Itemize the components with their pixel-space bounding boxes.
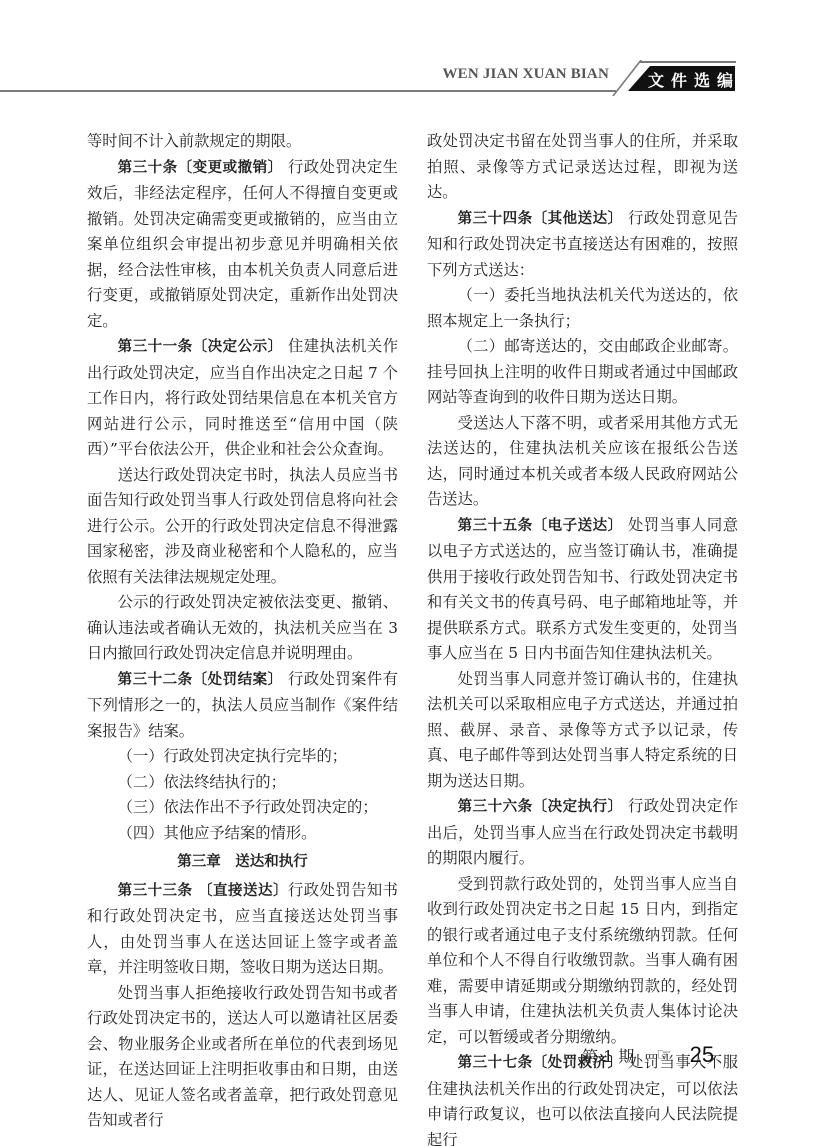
article-heading: 第三十五条〔电子送达〕 [458, 518, 623, 534]
article-heading: 第三十条〔变更或撤销〕 [118, 160, 283, 176]
article-heading: 第三十一条〔决定公示〕 [118, 339, 283, 355]
article-text: 行政处罚决定生效后，非经法定程序，任何人不得擅自变更或撤销。处罚决定确需变更或撤… [87, 158, 398, 330]
list-item: （三）依法作出不予行政处罚决定的； [87, 795, 398, 821]
right-column: 政处罚决定书留在处罚当事人的住所，并采取拍照、录像等方式记录送达过程，即视为送达… [427, 129, 738, 1146]
article-heading: 第三十六条〔决定执行〕 [458, 799, 623, 815]
issue-number: 第 1 期 [582, 1044, 634, 1067]
section-title-pinyin: WEN JIAN XUAN BIAN [442, 66, 609, 83]
header-rule [0, 90, 616, 92]
article-35: 第三十五条〔电子送达〕 处罚当事人同意以电子方式送达的，应当签订确认书，准确提供… [427, 513, 738, 667]
list-item: （一）委托当地执法机关代为送达的，依照本规定上一条执行； [427, 283, 738, 334]
list-item: （一）行政处罚决定执行完毕的； [87, 744, 398, 770]
paragraph: 送达行政处罚决定书时，执法人员应当书面告知行政处罚当事人行政处罚信息将向社会进行… [87, 463, 398, 591]
list-item: （四）其他应予结案的情形。 [87, 821, 398, 847]
article-34: 第三十四条〔其他送达〕 行政处罚意见告知和行政处罚决定书直接送达有困难的，按照下… [427, 206, 738, 284]
list-item: （二）依法终结执行的； [87, 770, 398, 796]
pointing-hand-icon: ☞ [656, 1045, 671, 1065]
section-title-chinese: 文件选编 [648, 68, 740, 91]
left-column: 等时间不计入前款规定的期限。 第三十条〔变更或撤销〕 行政处罚决定生效后，非经法… [87, 129, 398, 1134]
article-heading: 第三十三条 〔直接送达〕 [118, 883, 288, 899]
header-top-rule [640, 61, 736, 63]
chapter-heading: 第三章 送达和执行 [87, 850, 398, 876]
paragraph: 等时间不计入前款规定的期限。 [87, 129, 398, 155]
article-heading: 第三十二条〔处罚结案〕 [118, 672, 283, 688]
article-heading: 第三十四条〔其他送达〕 [458, 211, 623, 227]
paragraph: 政处罚决定书留在处罚当事人的住所，并采取拍照、录像等方式记录送达过程，即视为送达… [427, 129, 738, 206]
running-header: WEN JIAN XUAN BIAN 文件选编 [0, 56, 839, 96]
paragraph: 处罚当事人同意并签订确认书的，住建执法机关可以采取相应电子方式送达，并通过拍照、… [427, 667, 738, 795]
paragraph: 受到罚款行政处罚的，处罚当事人应当自收到行政处罚决定书之日起 15 日内，到指定… [427, 872, 738, 1051]
page-number: 25 [690, 1042, 714, 1068]
paragraph: 公示的行政处罚决定被依法变更、撤销、确认违法或者确认无效的，执法机关应当在 3 … [87, 590, 398, 667]
article-text: 处罚当事人同意以电子方式送达的，应当签订确认书，准确提供用于接收行政处罚告知书、… [427, 516, 738, 663]
article-33: 第三十三条 〔直接送达〕行政处罚告知书和行政处罚决定书，应当直接送达处罚当事人，… [87, 878, 398, 981]
article-36: 第三十六条〔决定执行〕 行政处罚决定作出后，处罚当事人应当在行政处罚决定书载明的… [427, 794, 738, 872]
list-item: （二）邮寄送达的，交由邮政企业邮寄。挂号回执上注明的收件日期或者通过中国邮政网站… [427, 334, 738, 411]
article-30: 第三十条〔变更或撤销〕 行政处罚决定生效后，非经法定程序，任何人不得擅自变更或撤… [87, 155, 398, 335]
article-text: 住建执法机关作出行政处罚决定，应当自作出决定之日起 7 个工作日内，将行政处罚结… [87, 337, 398, 458]
article-32: 第三十二条〔处罚结案〕 行政处罚案件有下列情形之一的，执法人员应当制作《案件结案… [87, 667, 398, 745]
page-footer: 第 1 期 ☞ 25 [582, 1042, 714, 1068]
paragraph: 受送达人下落不明，或者采用其他方式无法送达的，住建执法机关应该在报纸公告送达，同… [427, 411, 738, 513]
article-31: 第三十一条〔决定公示〕 住建执法机关作出行政处罚决定，应当自作出决定之日起 7 … [87, 334, 398, 463]
paragraph: 处罚当事人拒绝接收行政处罚告知书或者行政处罚决定书的，送达人可以邀请社区居委会、… [87, 981, 398, 1134]
